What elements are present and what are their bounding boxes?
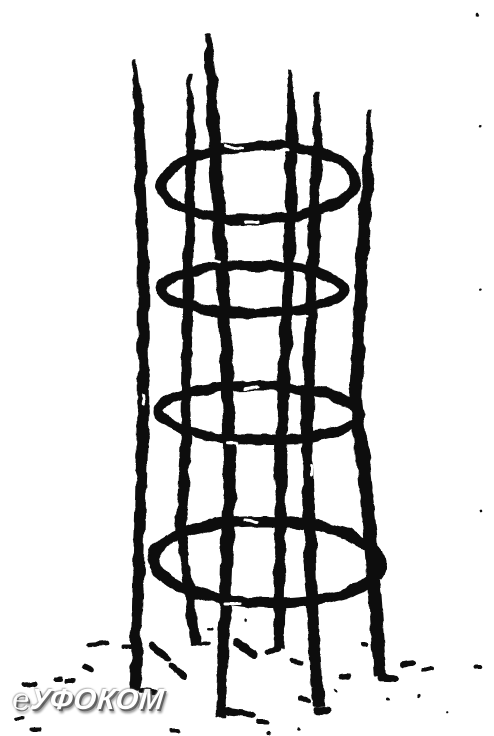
ground-mark	[29, 728, 41, 732]
ground-mark	[232, 638, 259, 658]
stick	[131, 60, 149, 690]
ground-mark	[377, 673, 399, 681]
ground-mark	[170, 729, 180, 733]
speck	[387, 699, 390, 702]
white-highlight	[223, 603, 241, 606]
stick	[206, 33, 236, 716]
speck	[418, 694, 421, 697]
ground-mark	[16, 716, 25, 720]
ground-mark	[256, 720, 268, 725]
watermark-logo: ℮УФОКОМ	[10, 686, 165, 715]
ground-mark	[87, 641, 109, 648]
white-highlight	[311, 464, 314, 476]
speck	[266, 731, 269, 734]
ground-mark	[199, 642, 211, 647]
ground-mark	[147, 641, 173, 664]
ground-mark	[122, 644, 132, 648]
speck	[219, 632, 222, 635]
ground-mark	[224, 707, 257, 718]
ground-mark	[80, 663, 95, 673]
ground-mark	[299, 695, 312, 705]
speck	[475, 13, 479, 17]
speck	[480, 289, 483, 292]
speck	[298, 726, 302, 730]
stick-cage-drawing	[0, 0, 494, 736]
speck	[479, 509, 482, 512]
speck	[334, 689, 337, 692]
stick	[302, 92, 323, 706]
speck	[479, 126, 482, 129]
ground-mark	[422, 668, 434, 672]
ground-mark	[167, 661, 190, 682]
white-highlight	[293, 315, 307, 318]
ground-mark	[265, 647, 282, 655]
ground-mark	[338, 673, 352, 679]
speck	[244, 618, 247, 621]
white-highlight	[226, 441, 238, 445]
stick	[275, 71, 297, 650]
ground-mark	[400, 660, 417, 667]
ground-mark	[207, 627, 214, 630]
ground-mark	[290, 659, 305, 666]
drawing-group	[16, 13, 483, 734]
ground-mark	[54, 678, 62, 682]
ground-mark	[474, 665, 483, 670]
ground-mark	[313, 706, 331, 713]
white-highlight	[244, 221, 260, 224]
ground-mark	[361, 643, 369, 647]
illustration-canvas: ℮УФОКОМ	[0, 0, 494, 736]
speck	[447, 711, 450, 714]
